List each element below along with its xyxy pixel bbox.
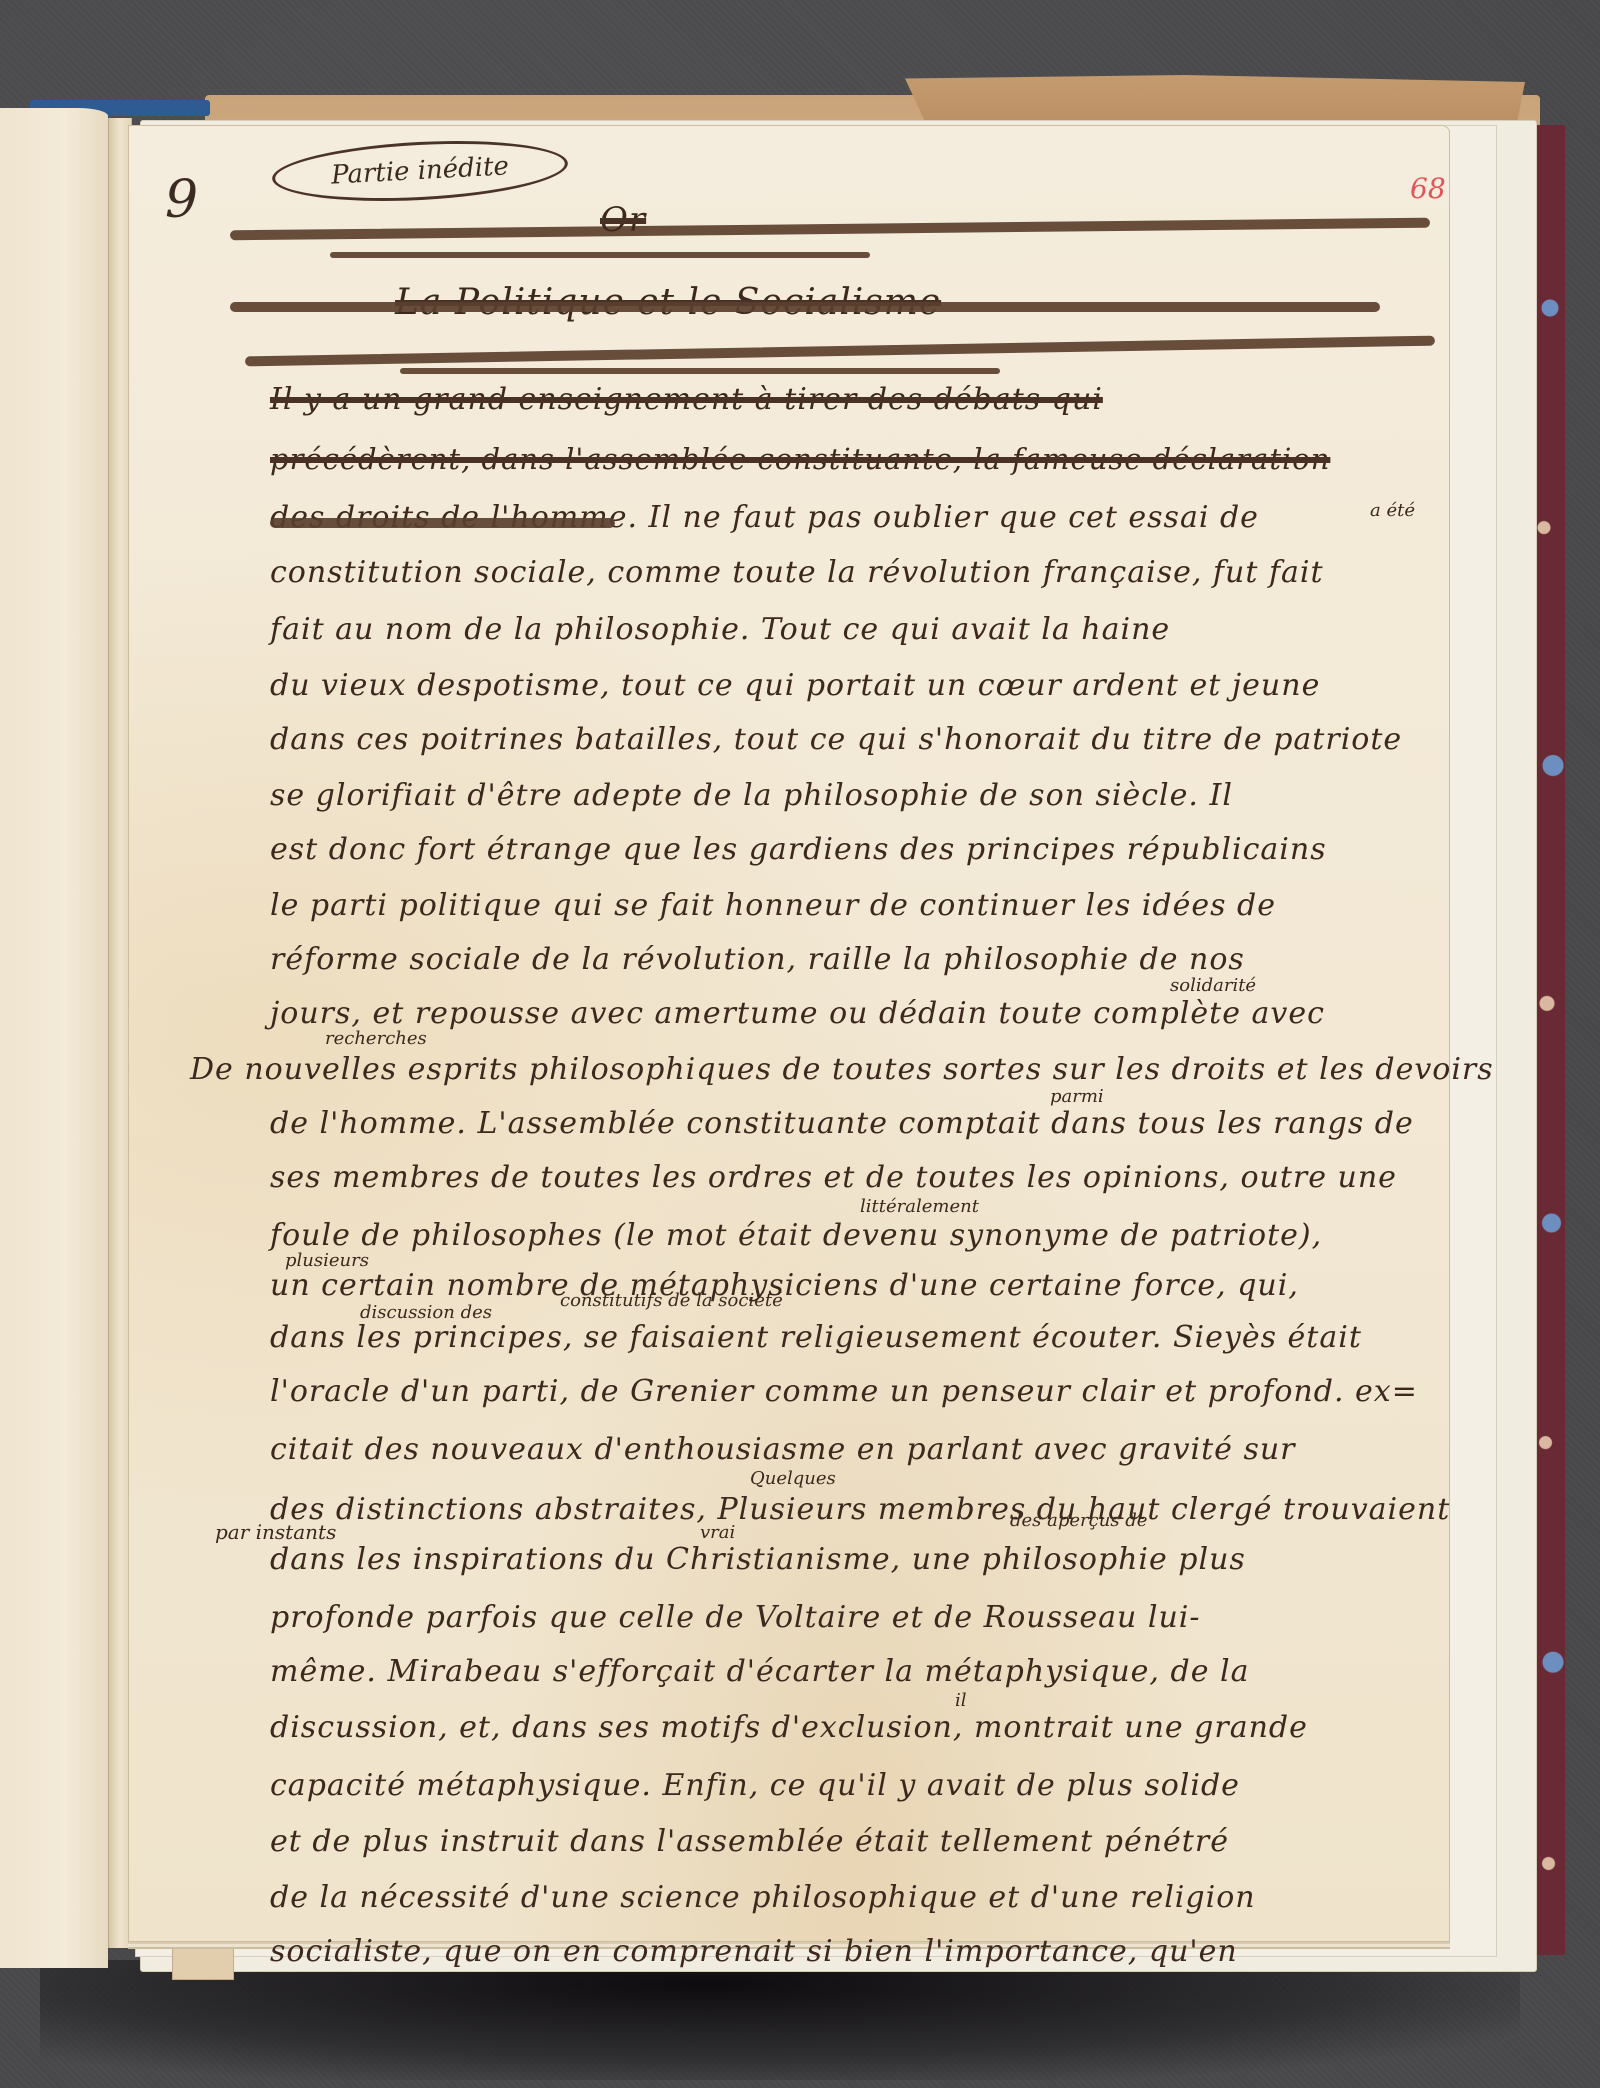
heading-strikethrough — [400, 368, 1000, 374]
paper-tab — [172, 1948, 234, 1980]
manuscript-line: profonde parfois que celle de Voltaire e… — [270, 1600, 1440, 1635]
manuscript-line: fait au nom de la philosophie. Tout ce q… — [270, 612, 1440, 647]
manuscript-line: dans les principes, se faisaient religie… — [270, 1320, 1440, 1355]
heading-strikethrough — [330, 252, 870, 258]
scan-scene: 68 9 Partie inédite Or La Politique et l… — [0, 0, 1600, 2088]
manuscript-line: même. Mirabeau s'efforçait d'écarter la … — [270, 1654, 1440, 1689]
manuscript-line: Il y a un grand enseignement à tirer des… — [270, 382, 1440, 417]
manuscript-line: de la nécessité d'une science philosophi… — [270, 1880, 1440, 1915]
interlinear-insertion: discussion des — [360, 1302, 492, 1323]
interlinear-insertion: littéralement — [860, 1196, 979, 1217]
manuscript-line: constitution sociale, comme toute la rév… — [270, 555, 1440, 590]
interlinear-insertion: a été — [1370, 500, 1415, 521]
manuscript-line: l'oracle d'un parti, de Grenier comme un… — [270, 1374, 1440, 1409]
interlinear-insertion: vrai — [700, 1522, 735, 1543]
manuscript-line: des distinctions abstraites, Plusieurs m… — [270, 1492, 1440, 1527]
manuscript-line: capacité métaphysique. Enfin, ce qu'il y… — [270, 1768, 1440, 1803]
interlinear-insertion: constitutifs de la société — [560, 1290, 783, 1311]
manuscript-line: De nouvelles esprits philosophiques de t… — [190, 1052, 1360, 1087]
interlinear-insertion: il — [955, 1690, 967, 1711]
manuscript-line: ses membres de toutes les ordres et de t… — [270, 1160, 1440, 1195]
manuscript-line: dans les inspirations du Christianisme, … — [270, 1542, 1440, 1577]
manuscript-line: citait des nouveaux d'enthousiasme en pa… — [270, 1432, 1440, 1467]
heading-strikethrough — [230, 302, 1380, 312]
manuscript-line: foule de philosophes (le mot était deven… — [270, 1218, 1440, 1253]
marbled-back-cover — [1535, 125, 1565, 1955]
struck-heading: Or — [600, 200, 1600, 240]
interlinear-insertion: solidarité — [1170, 975, 1256, 996]
manuscript-line: du vieux despotisme, tout ce qui portait… — [270, 668, 1440, 703]
left-verso-page — [0, 108, 108, 1968]
manuscript-line: dans ces poitrines batailles, tout ce qu… — [270, 722, 1440, 757]
interlinear-insertion: parmi — [1050, 1086, 1104, 1107]
interlinear-insertion: recherches — [325, 1028, 427, 1049]
manuscript-line: le parti politique qui se fait honneur d… — [270, 888, 1440, 923]
book-shadow — [40, 1960, 1520, 2080]
line-strikethrough — [270, 518, 615, 528]
manuscript-line: de l'homme. L'assemblée constituante com… — [270, 1106, 1440, 1141]
manuscript-line: discussion, et, dans ses motifs d'exclus… — [270, 1710, 1440, 1745]
manuscript-line: réforme sociale de la révolution, raille… — [270, 942, 1440, 977]
interlinear-insertion: des aperçus de — [1010, 1510, 1147, 1531]
interlinear-insertion: Quelques — [750, 1468, 836, 1489]
interlinear-insertion: plusieurs — [285, 1250, 369, 1271]
manuscript-line: se glorifiait d'être adepte de la philos… — [270, 778, 1440, 813]
manuscript-line: un certain nombre de métaphysiciens d'un… — [270, 1268, 1440, 1303]
manuscript-line: précédèrent, dans l'assemblée constituan… — [270, 442, 1440, 476]
manuscript-line: jours, et repousse avec amertume ou déda… — [270, 996, 1440, 1031]
manuscript-line: socialiste, que on en comprenait si bien… — [270, 1934, 1440, 1969]
manuscript-line: et de plus instruit dans l'assemblée éta… — [270, 1824, 1440, 1859]
margin-insertion: par instants — [215, 1520, 336, 1544]
item-number: 9 — [165, 170, 198, 230]
manuscript-line: est donc fort étrange que les gardiens d… — [270, 832, 1440, 867]
